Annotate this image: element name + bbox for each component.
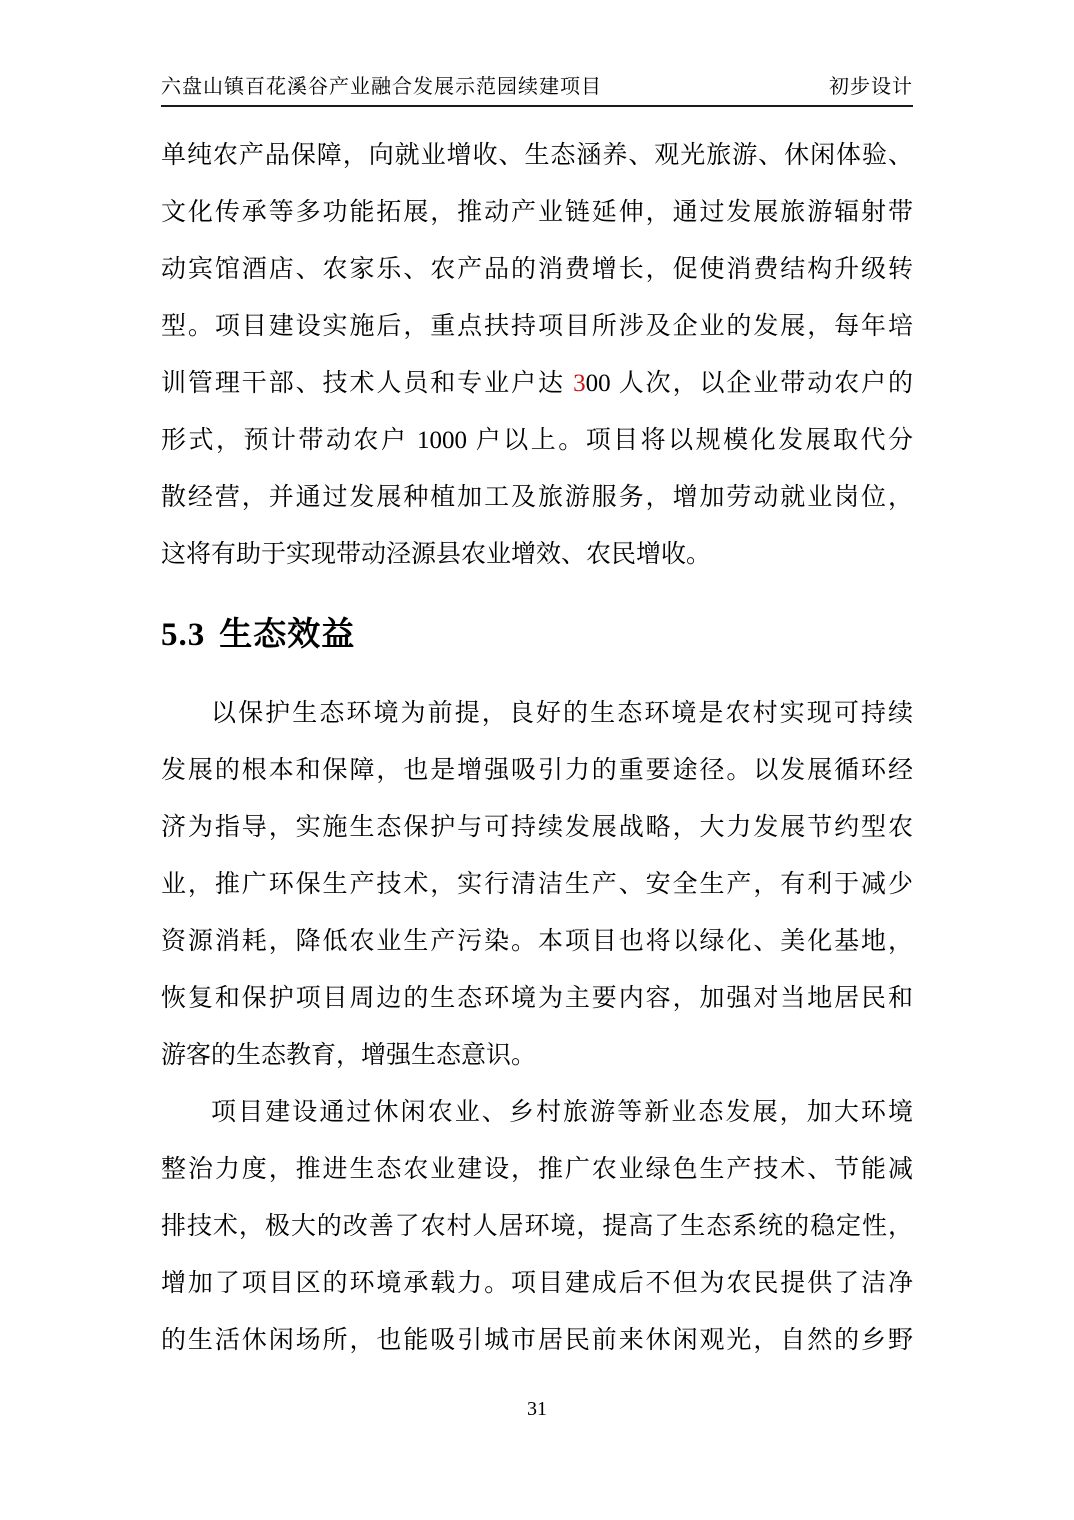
text-segment: 形式，预计带动农户 1000 户以上。项目将以规模化发展取代分 — [161, 427, 913, 454]
text-segment: 恢复和保护项目周边的生态环境为主要内容，加强对当地居民和 — [161, 985, 913, 1012]
document-page: 六盘山镇百花溪谷产业融合发展示范园续建项目 初步设计 单纯农产品保障，向就业增收… — [0, 0, 1074, 1520]
section-heading: 5.3生态效益 — [161, 613, 913, 657]
header-project-title: 六盘山镇百花溪谷产业融合发展示范园续建项目 — [161, 70, 602, 99]
text-segment: 散经营，并通过发展种植加工及旅游服务，增加劳动就业岗位， — [161, 484, 913, 511]
text-line: 排技术，极大的改善了农村人居环境，提高了生态系统的稳定性， — [161, 1198, 913, 1255]
text-segment: 项目建设通过休闲农业、乡村旅游等新业态发展，加大环境 — [211, 1099, 913, 1126]
header-doc-stage: 初步设计 — [829, 70, 913, 99]
text-line: 这将有助于实现带动泾源县农业增效、农民增收。 — [161, 526, 913, 583]
text-line: 形式，预计带动农户 1000 户以上。项目将以规模化发展取代分 — [161, 412, 913, 469]
text-line: 恢复和保护项目周边的生态环境为主要内容，加强对当地居民和 — [161, 970, 913, 1027]
text-line: 项目建设通过休闲农业、乡村旅游等新业态发展，加大环境 — [161, 1084, 913, 1141]
text-line: 训管理干部、技术人员和专业户达 300 人次，以企业带动农户的 — [161, 355, 913, 412]
text-line: 以保护生态环境为前提，良好的生态环境是农村实现可持续 — [161, 685, 913, 742]
paragraph-economic-benefit: 单纯农产品保障，向就业增收、生态涵养、观光旅游、休闲体验、文化传承等多功能拓展，… — [161, 127, 913, 583]
text-segment: 资源消耗，降低农业生产污染。本项目也将以绿化、美化基地， — [161, 928, 913, 955]
text-segment: 型。项目建设实施后，重点扶持项目所涉及企业的发展，每年培 — [161, 313, 913, 340]
text-line: 单纯农产品保障，向就业增收、生态涵养、观光旅游、休闲体验、 — [161, 127, 913, 184]
page-footer: 31 — [0, 1398, 1074, 1421]
text-segment: 文化传承等多功能拓展，推动产业链延伸，通过发展旅游辐射带 — [161, 199, 913, 226]
text-line: 业，推广环保生产技术，实行清洁生产、安全生产，有利于减少 — [161, 856, 913, 913]
text-segment: 增加了项目区的环境承载力。项目建成后不但为农民提供了洁净 — [161, 1270, 913, 1297]
text-segment: 动宾馆酒店、农家乐、农产品的消费增长，促使消费结构升级转 — [161, 256, 913, 283]
text-line: 散经营，并通过发展种植加工及旅游服务，增加劳动就业岗位， — [161, 469, 913, 526]
text-line: 发展的根本和保障，也是增强吸引力的重要途径。以发展循环经 — [161, 742, 913, 799]
text-segment: 00 人次，以企业带动农户的 — [586, 370, 913, 397]
section-title: 生态效益 — [219, 617, 355, 653]
text-segment: 排技术，极大的改善了农村人居环境，提高了生态系统的稳定性， — [161, 1213, 913, 1240]
paragraph-eco-construction: 项目建设通过休闲农业、乡村旅游等新业态发展，加大环境整治力度，推进生态农业建设，… — [161, 1084, 913, 1369]
text-line: 游客的生态教育，增强生态意识。 — [161, 1027, 913, 1084]
text-segment: 整治力度，推进生态农业建设，推广农业绿色生产技术、节能减 — [161, 1156, 913, 1183]
text-line: 文化传承等多功能拓展，推动产业链延伸，通过发展旅游辐射带 — [161, 184, 913, 241]
text-line: 整治力度，推进生态农业建设，推广农业绿色生产技术、节能减 — [161, 1141, 913, 1198]
text-segment: 的生活休闲场所，也能吸引城市居民前来休闲观光，自然的乡野 — [161, 1327, 913, 1354]
text-line: 的生活休闲场所，也能吸引城市居民前来休闲观光，自然的乡野 — [161, 1312, 913, 1369]
section-number: 5.3 — [161, 617, 205, 653]
paragraph-eco-protection: 以保护生态环境为前提，良好的生态环境是农村实现可持续发展的根本和保障，也是增强吸… — [161, 685, 913, 1084]
page-number: 31 — [527, 1398, 547, 1420]
text-segment: 这将有助于实现带动泾源县农业增效、农民增收。 — [161, 541, 711, 568]
text-line: 动宾馆酒店、农家乐、农产品的消费增长，促使消费结构升级转 — [161, 241, 913, 298]
text-line: 型。项目建设实施后，重点扶持项目所涉及企业的发展，每年培 — [161, 298, 913, 355]
text-segment: 济为指导，实施生态保护与可持续发展战略，大力发展节约型农 — [161, 814, 913, 841]
text-segment: 训管理干部、技术人员和专业户达 — [161, 370, 573, 397]
text-segment: 发展的根本和保障，也是增强吸引力的重要途径。以发展循环经 — [161, 757, 913, 784]
page-content: 六盘山镇百花溪谷产业融合发展示范园续建项目 初步设计 单纯农产品保障，向就业增收… — [161, 0, 913, 1369]
text-line: 济为指导，实施生态保护与可持续发展战略，大力发展节约型农 — [161, 799, 913, 856]
text-segment: 以保护生态环境为前提，良好的生态环境是农村实现可持续 — [211, 700, 913, 727]
page-header: 六盘山镇百花溪谷产业融合发展示范园续建项目 初步设计 — [161, 0, 913, 107]
text-line: 增加了项目区的环境承载力。项目建成后不但为农民提供了洁净 — [161, 1255, 913, 1312]
text-segment: 单纯农产品保障，向就业增收、生态涵养、观光旅游、休闲体验、 — [161, 142, 913, 169]
text-segment: 业，推广环保生产技术，实行清洁生产、安全生产，有利于减少 — [161, 871, 913, 898]
text-segment: 游客的生态教育，增强生态意识。 — [161, 1042, 536, 1069]
text-line: 资源消耗，降低农业生产污染。本项目也将以绿化、美化基地， — [161, 913, 913, 970]
highlighted-text: 3 — [573, 370, 586, 397]
